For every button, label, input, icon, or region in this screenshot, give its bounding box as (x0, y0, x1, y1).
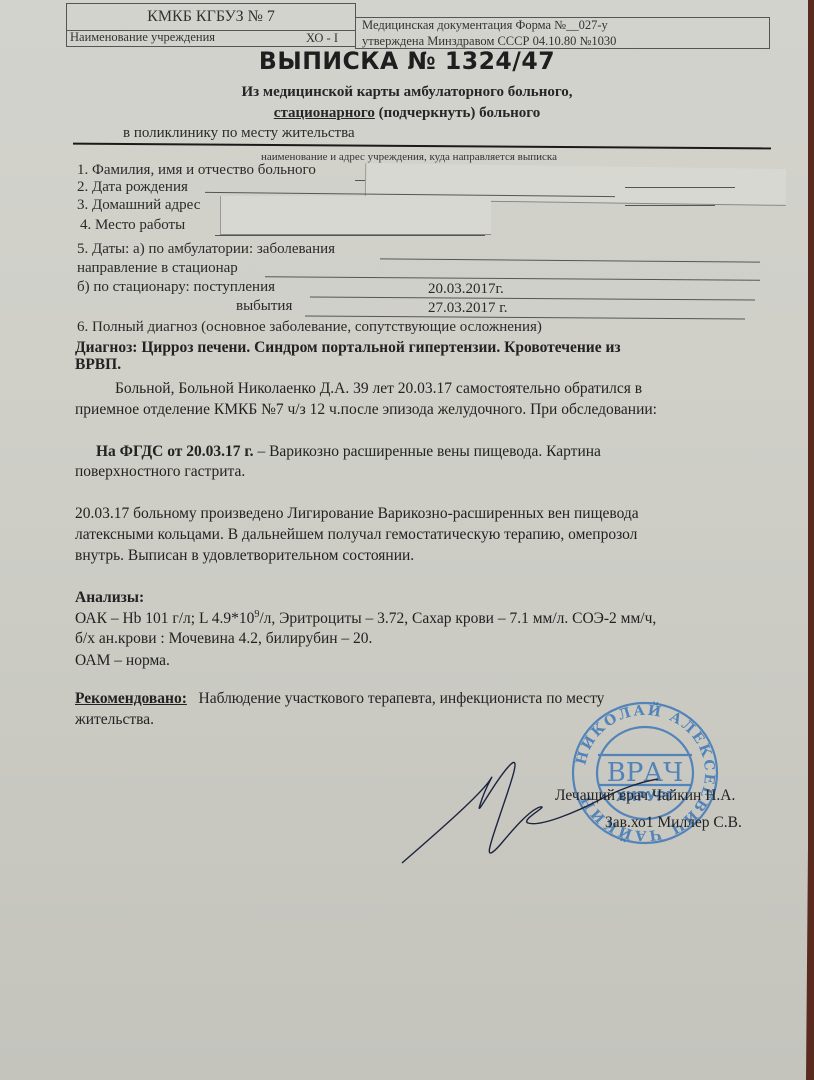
analyses-heading: Анализы: (75, 589, 144, 607)
divider-rule (73, 143, 771, 150)
analyses-biochem: б/х ан.крови : Мочевина 4.2, билирубин –… (75, 630, 372, 648)
field-dob-label: 2. Дата рождения (77, 179, 188, 196)
body-p1-line1: Больной, Больной Николаенко Д.А. 39 лет … (115, 380, 642, 398)
form-number: Медицинская документация Форма №__027-у (362, 18, 608, 33)
document-page: КМКБ КГБУЗ № 7 Наименование учреждения Х… (0, 0, 808, 1080)
field-dates-label: 5. Даты: а) по амбулатории: заболевания (77, 241, 335, 258)
field-referral-label: направление в стационар (77, 260, 238, 277)
subtitle-line1: Из медицинской карты амбулаторного больн… (0, 84, 814, 101)
subtitle-line2: стационарного (подчеркнуть) больного (0, 105, 814, 122)
field-discharge-label: выбытия (236, 298, 292, 315)
recommendation-line2: жительства. (75, 711, 154, 729)
field-discharge-value: 27.03.2017 г. (428, 300, 507, 317)
field-diagnosis-label: 6. Полный диагноз (основное заболевание,… (77, 319, 542, 336)
redaction-patch (220, 196, 491, 235)
field-work-label: 4. Место работы (80, 217, 185, 234)
analyses-oam: ОАМ – норма. (75, 652, 170, 670)
field-name-label: 1. Фамилия, имя и отчество больного (77, 162, 316, 179)
fgds-line2: поверхностного гастрита. (75, 463, 245, 481)
body-p1-line2: приемное отделение КМКБ №7 ч/з 12 ч.посл… (75, 401, 657, 419)
field-address-label: 3. Домашний адрес (77, 197, 200, 214)
field-admission-value: 20.03.2017г. (428, 281, 504, 298)
body-p2-line2: латексными кольцами. В дальнейшем получа… (75, 526, 637, 544)
field-admission-label: б) по стационару: поступления (77, 279, 275, 296)
subtitle-line3: в поликлинику по месту жительства (123, 125, 355, 142)
document-title: ВЫПИСКА № 1324/47 (8, 47, 806, 75)
field-work-line (215, 235, 485, 236)
body-p2-line3: внутрь. Выписан в удовлетворительном сос… (75, 547, 414, 565)
diagnosis-line2: ВРВП. (75, 356, 121, 374)
head-of-department: Зав.хо1 Миллер С.В. (605, 814, 742, 832)
attending-physician: Лечащий врач Чайкин Н.А. (555, 787, 735, 805)
department: ХО - I (306, 31, 338, 46)
analyses-oak: ОАК – Hb 101 г/л; L 4.9*109/л, Эритроцит… (75, 609, 656, 628)
subtitle-underlined: стационарного (274, 105, 375, 121)
institution-name: КМКБ КГБУЗ № 7 (66, 8, 356, 26)
header-table: КМКБ КГБУЗ № 7 Наименование учреждения Х… (66, 3, 770, 47)
fgds-line1: На ФГДС от 20.03.17 г. – Варикозно расши… (96, 443, 601, 461)
institution-label: Наименование учреждения (70, 30, 215, 45)
body-p2-line1: 20.03.17 больному произведено Лигировани… (75, 505, 639, 523)
diagnosis-line1: Диагноз: Цирроз печени. Синдром портальн… (75, 339, 621, 357)
